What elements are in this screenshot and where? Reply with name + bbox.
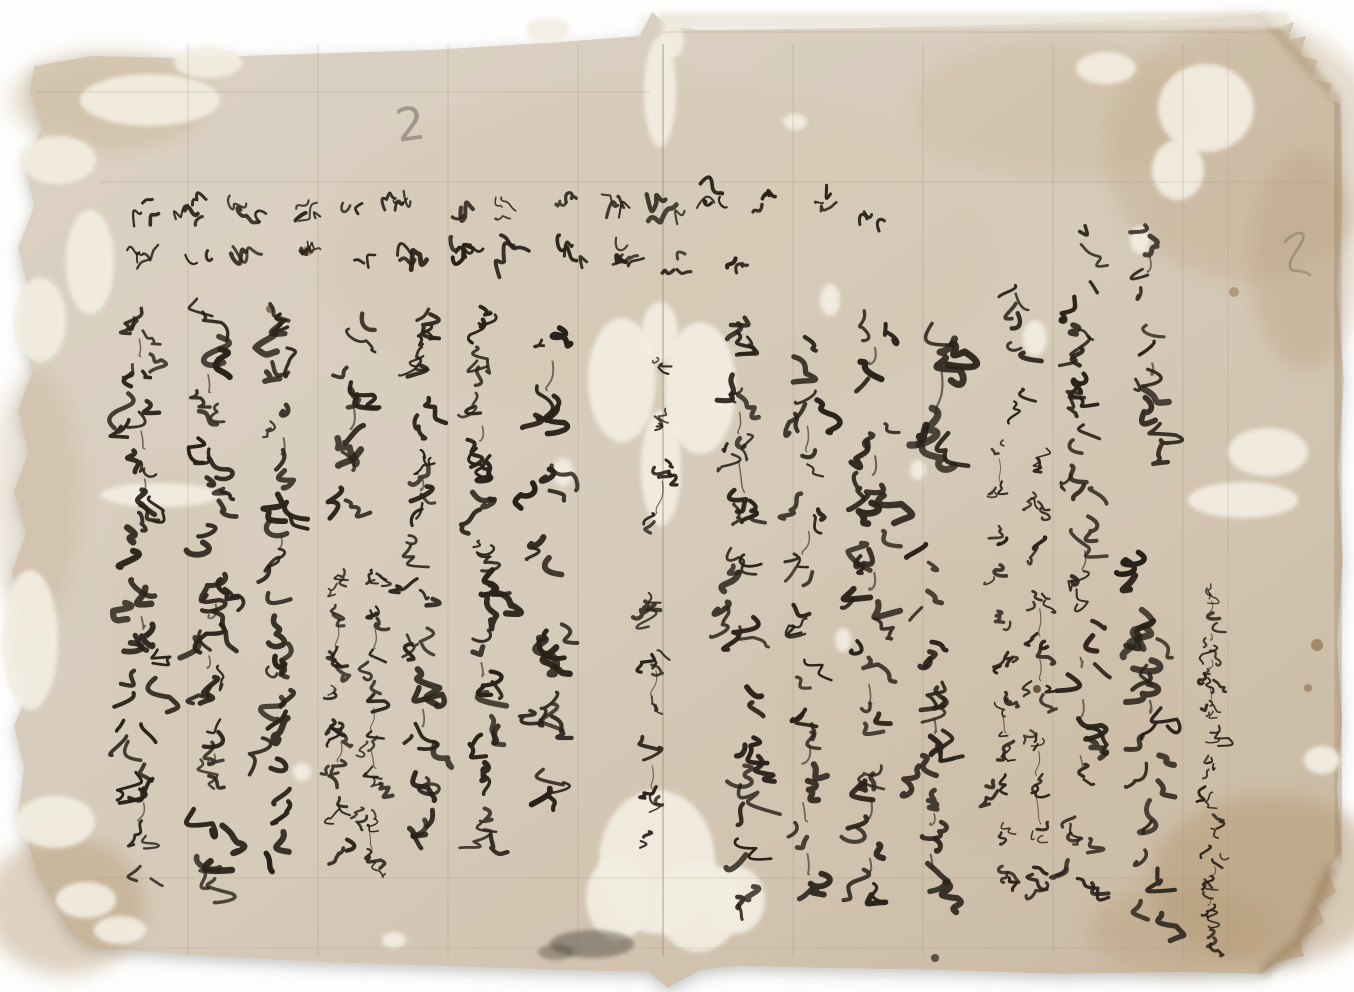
repair-patch: [382, 932, 406, 948]
repair-patch: [80, 74, 220, 126]
stain-blob: [110, 460, 230, 820]
repair-patch: [660, 12, 1288, 28]
ink-fleck: [1033, 685, 1041, 693]
repair-patch: [705, 866, 765, 934]
repair-patch: [835, 628, 851, 652]
repair-patch: [1023, 320, 1047, 356]
repair-patch: [94, 916, 146, 944]
manuscript-photo: 2: [0, 0, 1354, 992]
repair-patch: [642, 302, 678, 362]
photo-stage: 2: [0, 0, 1354, 992]
repair-patch: [66, 210, 114, 314]
repair-patch: [783, 114, 807, 130]
edge-browning: [1336, 100, 1340, 860]
ink-fleck: [1311, 639, 1323, 651]
repair-patch: [1188, 482, 1298, 518]
ink-fleck: [1229, 287, 1239, 297]
repair-patch: [820, 284, 840, 316]
repair-patch: [293, 763, 311, 781]
ink-fleck: [1304, 684, 1312, 692]
repair-patch: [1228, 428, 1308, 476]
repair-patch: [586, 856, 650, 940]
ink-fleck: [931, 954, 939, 962]
repair-patch: [526, 18, 570, 42]
repair-patch: [15, 796, 95, 848]
repair-patch: [174, 46, 242, 78]
repair-patch: [100, 483, 220, 507]
repair-patch: [14, 278, 66, 362]
repair-patch: [56, 882, 116, 918]
repair-patch: [2, 570, 58, 710]
repair-patch: [20, 136, 96, 184]
repair-patch: [1158, 64, 1254, 152]
repair-patch: [1152, 140, 1204, 200]
repair-patch: [1076, 52, 1136, 84]
repair-patch: [1304, 746, 1340, 774]
